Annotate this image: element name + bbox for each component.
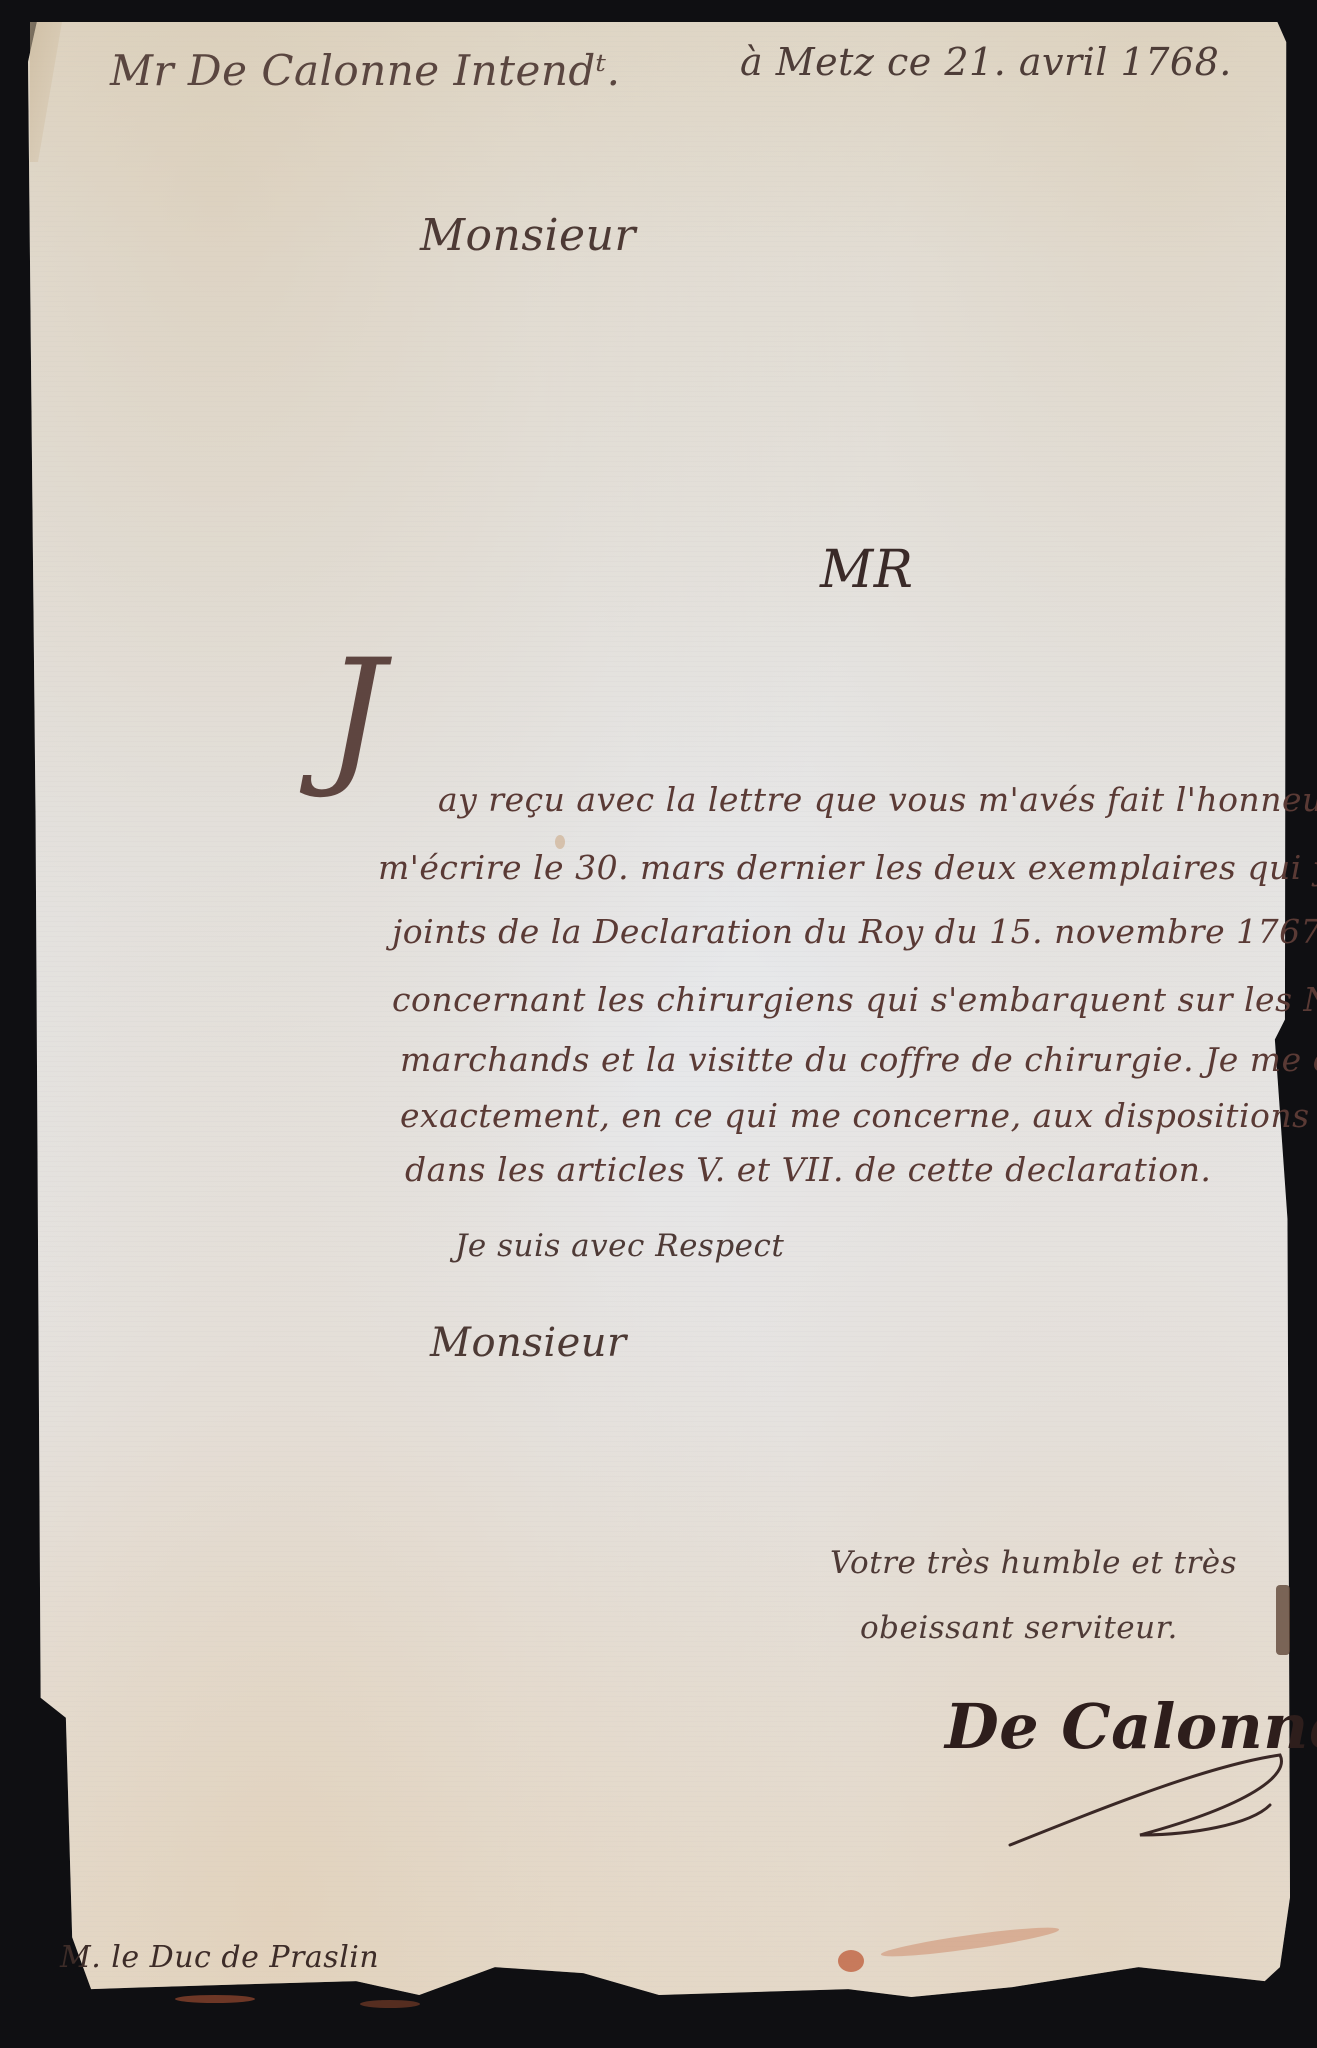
place-date: à Metz ce 21. avril 1768.	[740, 40, 1232, 84]
valediction-line: obeissant serviteur.	[860, 1610, 1178, 1646]
body-line: marchands et la visitte du coffre de chi…	[400, 1040, 1317, 1079]
body-line: dans les articles V. et VII. de cette de…	[405, 1150, 1211, 1189]
signature-flourish-icon	[990, 1745, 1290, 1855]
sender-note: Mr De Calonne Intendᵗ.	[110, 46, 621, 95]
body-line: exactement, en ce qui me concerne, aux d…	[400, 1096, 1317, 1135]
salutation: Monsieur	[420, 210, 636, 261]
valediction-line: Votre très humble et très	[830, 1545, 1237, 1581]
letter-content: Mr De Calonne Intendᵗ. à Metz ce 21. avr…	[0, 0, 1317, 2048]
drop-cap: J	[325, 640, 385, 790]
monogram: MR	[820, 540, 913, 600]
body-line: concernant les chirurgiens qui s'embarqu…	[392, 980, 1317, 1019]
body-line: joints de la Declaration du Roy du 15. n…	[392, 912, 1317, 951]
body-line: ay reçu avec la lettre que vous m'avés f…	[438, 780, 1317, 819]
addressee: M. le Duc de Praslin	[60, 1940, 379, 1975]
closing-line: Je suis avec Respect	[455, 1228, 784, 1264]
body-line: m'écrire le 30. mars dernier les deux ex…	[378, 848, 1317, 887]
closing-salutation: Monsieur	[430, 1320, 627, 1366]
